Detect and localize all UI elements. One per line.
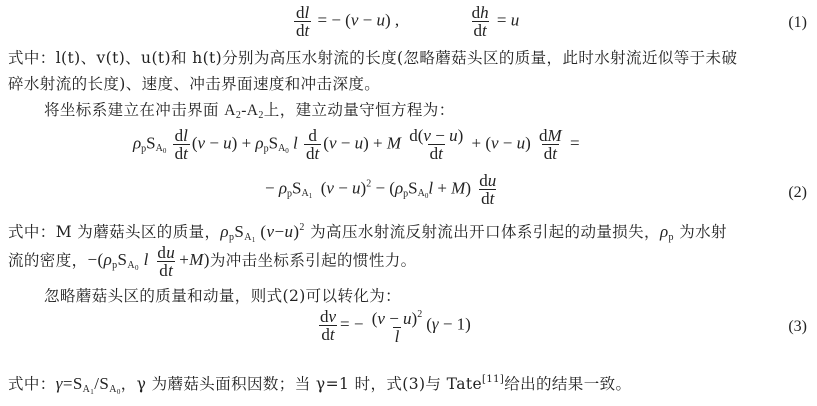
p3-text-e: 为冲击坐标系引起的惯性力。 (210, 251, 417, 269)
equation-1: dldt = − (v − u) , dhdt = u (292, 4, 519, 39)
p3-text-c: 为水射 (679, 223, 727, 241)
paragraph-1-line-2: 碎水射流的长度)、速度、冲击界面速度和冲击深度。 (8, 72, 380, 94)
paragraph-3-line-1: 式中：M 为蘑菇头区的质量，ρpSA1 (v−u)2 为高压水射流反射流出开口体… (8, 220, 727, 244)
paragraph-3-line-2: 流的密度，−(ρpSA0 l dudt+M)为冲击坐标系引起的惯性力。 (8, 244, 417, 279)
paragraph-4: 忽略蘑菇头区的质量和动量，则式(2)可以转化为： (44, 284, 401, 306)
paragraph-5: 式中：γ=SA1/SA0，γ 为蘑菇头面积因数；当 γ=1 时，式(3)与 Ta… (8, 372, 631, 396)
paragraph-1-line-1: 式中：l(t)、v(t)、u(t)和 h(t)分别为高压水射流的长度(忽略蘑菇头… (8, 46, 737, 68)
p5-text-b: ，γ 为蘑菇头面积因数；当 γ=1 时，式(3)与 Tate (121, 375, 482, 393)
p3-text-a: 式中：M 为蘑菇头区的质量， (8, 223, 220, 241)
equation-3-label: (3) (788, 318, 807, 336)
equation-2-line-1: ρpSA0 dldt(v − u) + ρpSA0 l ddt(v − u) +… (133, 127, 580, 162)
p5-text-c: 给出的结果一致。 (504, 375, 631, 393)
p3-text-d: 流的密度， (8, 251, 88, 269)
equation-1-label: (1) (788, 14, 807, 32)
p5-text-a: 式中： (8, 375, 56, 393)
equation-3: dvdt= − (v − u)2l(γ − 1) (316, 306, 471, 345)
citation-ref[interactable]: [11] (482, 374, 504, 385)
fraction-dh-dt: dhdt (470, 4, 491, 39)
equation-2-label: (2) (788, 184, 807, 202)
p3-text-b: 为高压水射流反射流出开口体系引起的动量损失， (310, 223, 660, 241)
fraction-dl-dt: dldt (294, 4, 311, 39)
equation-2-line-2: − ρpSA1 (v − u)2 − (ρpSA0l + M) dudt (265, 172, 500, 207)
paragraph-2: 将坐标系建立在冲击界面 A2-A2上，建立动量守恒方程为： (44, 98, 455, 121)
